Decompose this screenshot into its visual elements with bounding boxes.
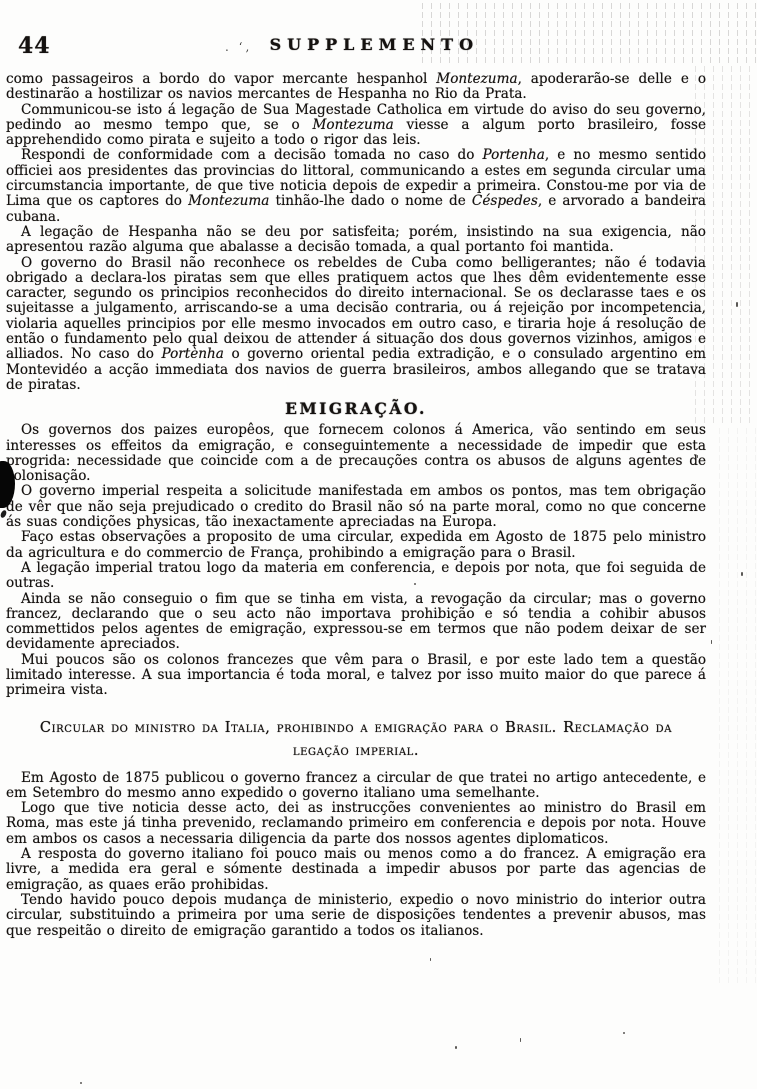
paragraph: Em Agosto de 1875 publicou o governo fra… — [6, 771, 706, 802]
scan-speckle — [80, 1082, 82, 1084]
vessel-name-italic: Montezuma — [312, 117, 393, 133]
paragraph: Os governos dos paizes europêos, que for… — [6, 423, 706, 484]
vessel-name-italic: Montezuma — [188, 193, 269, 209]
scan-noise-right-lower — [719, 426, 757, 986]
article-continuation-body: como passageiros a bordo do vapor mercan… — [6, 72, 706, 393]
section-heading-circular-italia: Circular do ministro da Italia, prohibin… — [27, 717, 685, 763]
vessel-name-italic: Céspedes — [472, 193, 538, 209]
scan-speckle — [623, 1032, 625, 1034]
paragraph: A legação imperial tratou logo da materi… — [6, 561, 706, 592]
paragraph: O governo imperial respeita a solicitude… — [6, 484, 706, 530]
ink-speck-marks: . ‘, — [225, 40, 252, 54]
scan-speckle — [520, 1038, 521, 1042]
scan-speckle — [430, 958, 431, 961]
vessel-name-italic: Montezuma — [436, 71, 517, 87]
paragraph: Mui poucos são os colonos francezes que … — [6, 653, 706, 699]
paragraph: Ainda se não conseguio o fim que se tinh… — [6, 592, 706, 653]
vessel-name-italic: Portenha — [483, 147, 545, 163]
scanned-document-page: 44 . ‘, SUPPLEMENTO como passageiros a b… — [0, 0, 757, 1089]
section-emigracao-body: Os governos dos paizes europêos, que for… — [6, 423, 706, 698]
paragraph: A legação de Hespanha não se deu por sat… — [6, 225, 706, 256]
scan-noise-top-right — [422, 0, 757, 66]
scan-speckle — [697, 455, 698, 458]
page-number: 44 — [18, 33, 51, 59]
paragraph: Faço estas observações a proposito de um… — [6, 530, 706, 561]
scan-speckle — [741, 572, 743, 576]
section-heading-emigracao: EMIGRAÇÃO. — [6, 400, 706, 418]
paragraph: Tendo havido pouco depois mudança de min… — [6, 893, 706, 939]
scan-speckle — [414, 583, 416, 585]
text-column: como passageiros a bordo do vapor mercan… — [6, 72, 706, 939]
paragraph: O governo do Brasil não reconhece os reb… — [6, 256, 706, 394]
paragraph: Logo que tive noticia desse acto, dei as… — [6, 801, 706, 847]
paragraph: como passageiros a bordo do vapor mercan… — [6, 72, 706, 103]
scan-speckle — [455, 1046, 457, 1049]
scan-speckle — [711, 640, 712, 644]
paragraph: Communicou-se isto á legação de Sua Mage… — [6, 103, 706, 149]
paragraph: A resposta do governo italiano foi pouco… — [6, 847, 706, 893]
scan-speckle — [736, 302, 738, 307]
paragraph: Respondi de conformidade com a decisão t… — [6, 148, 706, 224]
header-title: SUPPLEMENTO — [270, 35, 479, 54]
vessel-name-italic: Portènha — [162, 346, 224, 362]
section-circular-italia-body: Em Agosto de 1875 publicou o governo fra… — [6, 771, 706, 939]
